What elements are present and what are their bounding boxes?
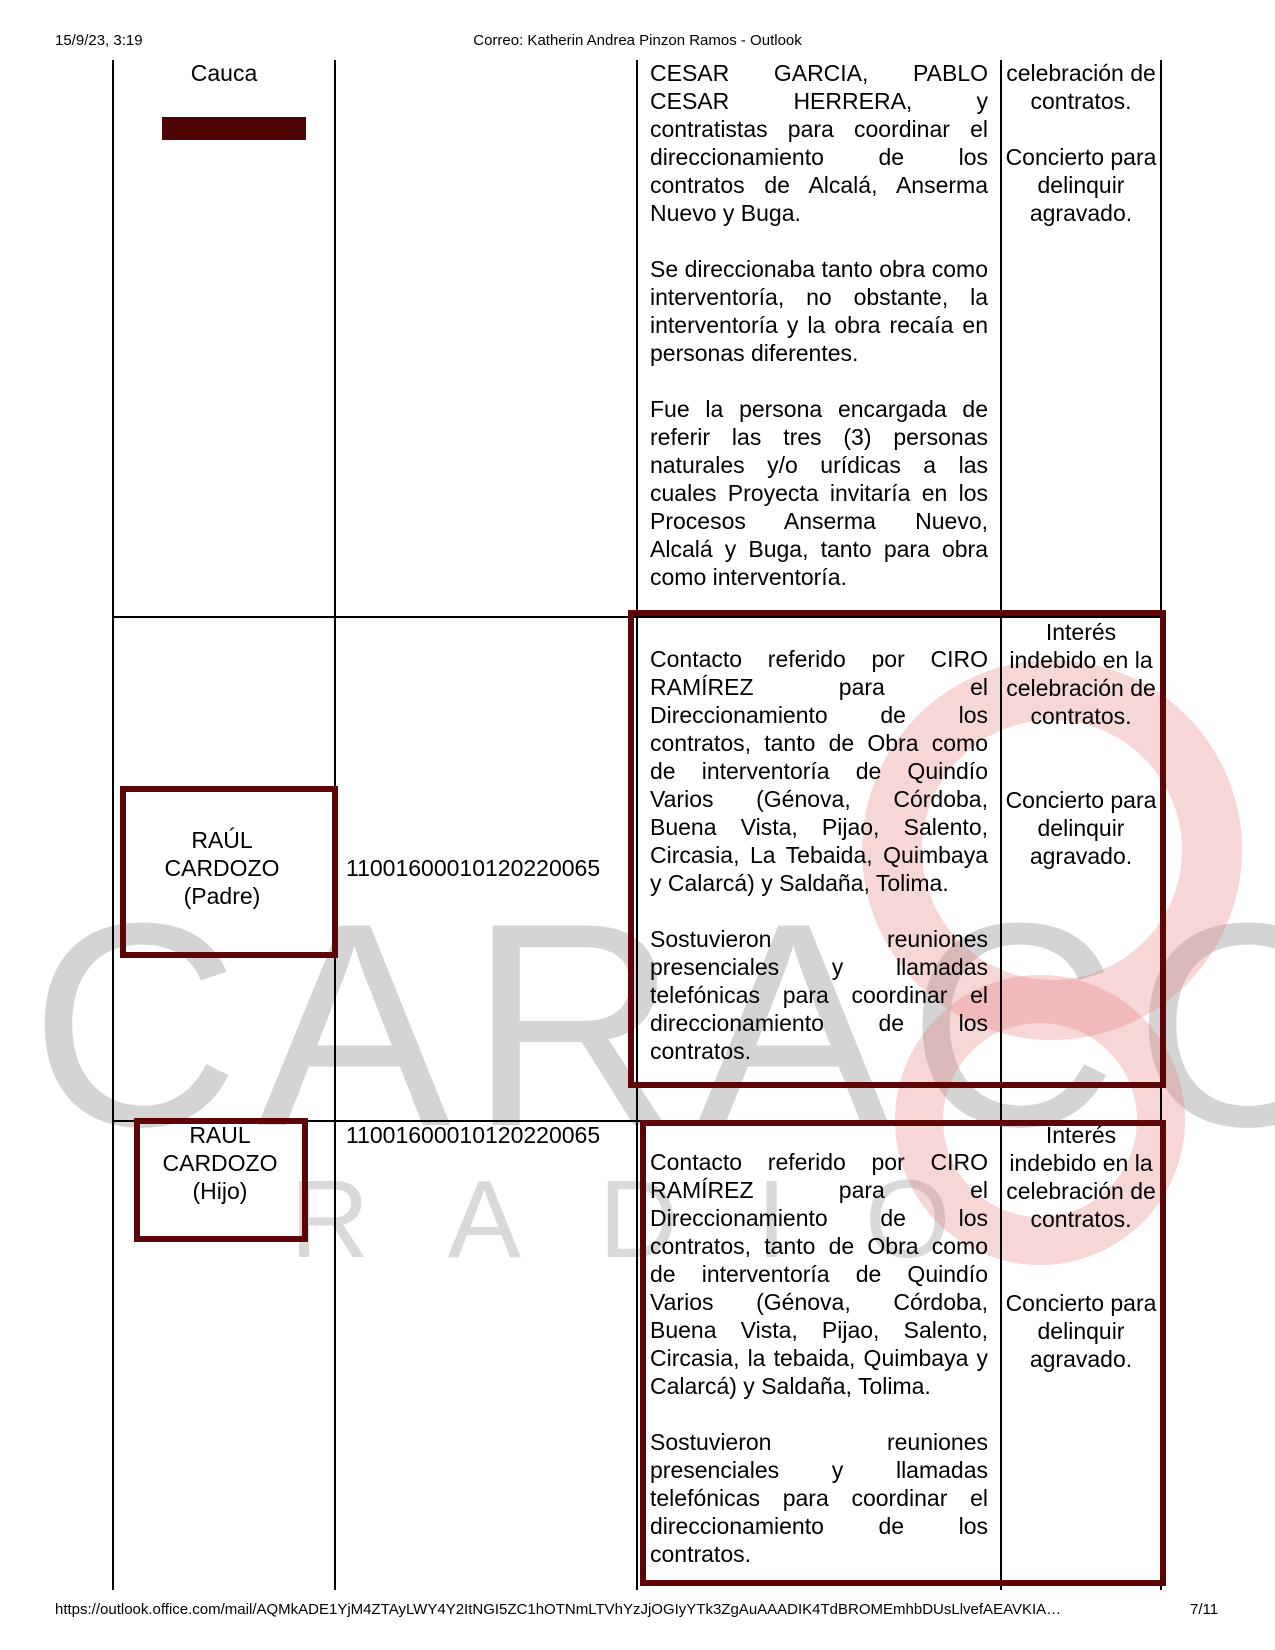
table-row-2-process-number: 11001600010120220065 (346, 1121, 600, 1149)
table-row-0-name: Cauca (114, 59, 334, 87)
highlight-box-hijo-name (134, 1118, 308, 1242)
table-row-0-description: CESAR GARCIA, PABLO CESAR HERRERA, y con… (650, 59, 988, 591)
table-border-left (112, 60, 114, 1590)
table-row-1-process-number: 11001600010120220065 (346, 854, 600, 882)
highlight-box-hijo-details (640, 1120, 1166, 1586)
print-title: Correo: Katherin Andrea Pinzon Ramos - O… (0, 32, 1275, 49)
highlight-box-padre-details (628, 610, 1166, 1088)
table-row-0-crimes: celebración de contratos. Concierto para… (1004, 59, 1158, 227)
redaction-bar (162, 117, 306, 140)
highlight-box-padre-name (120, 786, 338, 958)
print-url: https://outlook.office.com/mail/AQMkADE1… (55, 1601, 1061, 1618)
page-number: 7/11 (1190, 1601, 1218, 1618)
print-header: 15/9/23, 3:19 Correo: Katherin Andrea Pi… (0, 30, 1275, 50)
